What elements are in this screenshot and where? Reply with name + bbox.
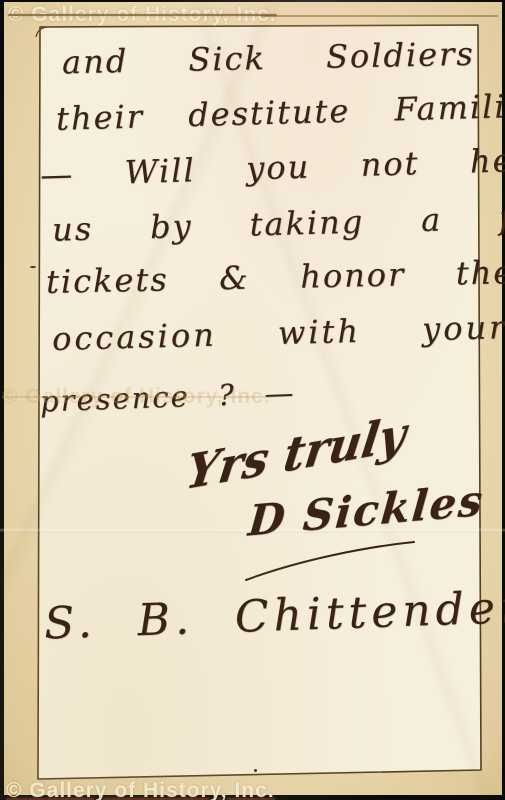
ink-speck: [254, 769, 257, 772]
ink-speck: [496, 272, 500, 274]
watermark-top: © Gallery of History, Inc.: [8, 3, 277, 27]
watermark-strike-line: [258, 15, 498, 17]
scanned-letter-photo: and Sick Soldiers of their destitute Fam…: [0, 0, 505, 800]
watermark-middle: © Gallery of History, Inc.: [2, 385, 271, 409]
ink-speck: [30, 266, 36, 268]
watermark-bottom: © Gallery of History, Inc.: [6, 779, 275, 800]
